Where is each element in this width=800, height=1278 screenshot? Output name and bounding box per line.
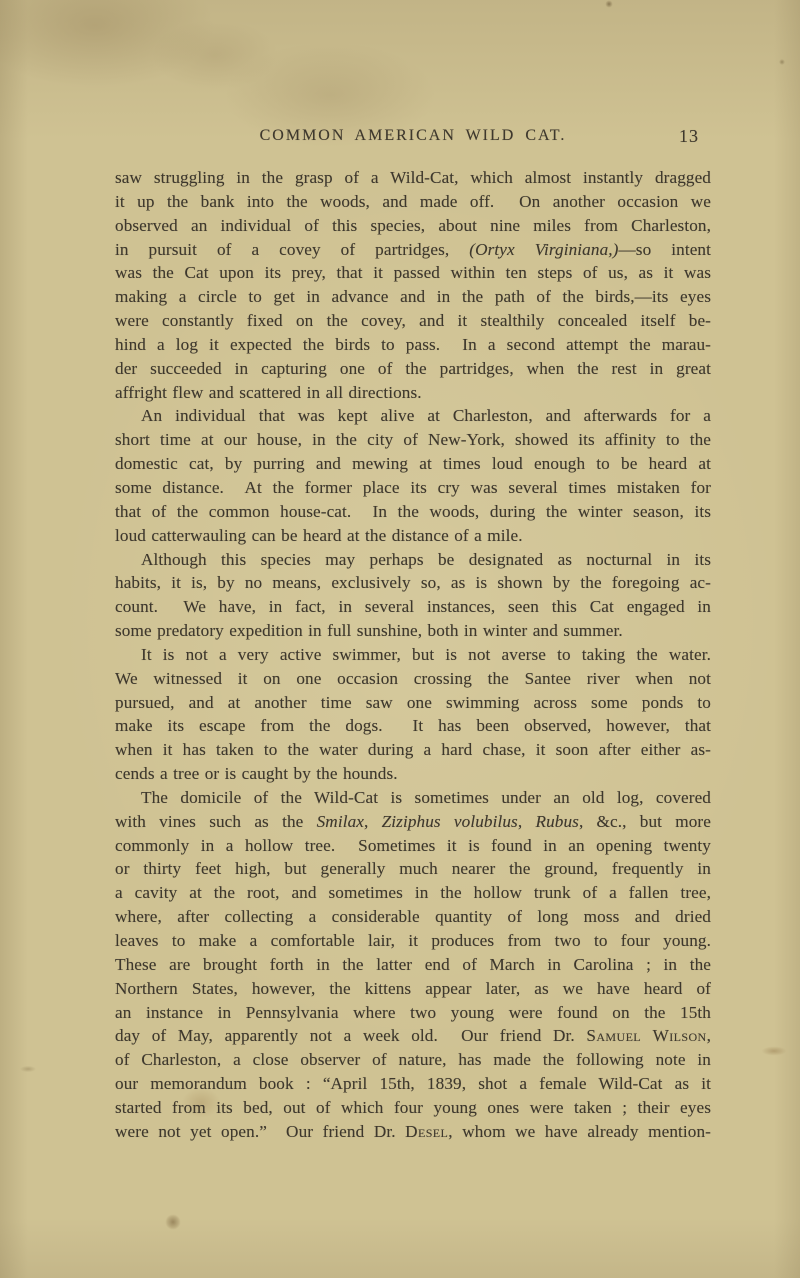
text-line: domestic cat, by purring and mewing at t… bbox=[115, 452, 711, 476]
paragraph: It is not a very active swimmer, but is … bbox=[115, 643, 711, 786]
text-line: were not yet open.” Our friend Dr. Desel… bbox=[115, 1120, 711, 1144]
text-line: Northern States, however, the kittens ap… bbox=[115, 977, 711, 1001]
text-line: Although this species may perhaps be des… bbox=[115, 548, 711, 572]
text-line: with vines such as the Smilax, Ziziphus … bbox=[115, 810, 711, 834]
text-line: habits, it is, by no means, exclusively … bbox=[115, 571, 711, 595]
small-caps-name: Samuel Wilson bbox=[586, 1026, 706, 1045]
paragraph: The domicile of the Wild-Cat is sometime… bbox=[115, 786, 711, 1144]
italic-text: Rubus bbox=[535, 812, 578, 831]
book-page: COMMON AMERICAN WILD CAT. 13 saw struggl… bbox=[0, 0, 800, 1278]
text-line: some distance. At the former place its c… bbox=[115, 476, 711, 500]
text-line: saw struggling in the grasp of a Wild-Ca… bbox=[115, 166, 711, 190]
text-line: day of May, apparently not a week old. O… bbox=[115, 1024, 711, 1048]
text-line: pursued, and at another time saw one swi… bbox=[115, 691, 711, 715]
text-line: some predatory expedition in full sunshi… bbox=[115, 619, 711, 643]
text-line: making a circle to get in advance and in… bbox=[115, 285, 711, 309]
text-line: count. We have, in fact, in several inst… bbox=[115, 595, 711, 619]
page-number: 13 bbox=[679, 126, 699, 147]
text-line: when it has taken to the water during a … bbox=[115, 738, 711, 762]
small-caps-name: Desel bbox=[405, 1122, 448, 1141]
text-line: It is not a very active swimmer, but is … bbox=[115, 643, 711, 667]
text-line: commonly in a hollow tree. Sometimes it … bbox=[115, 834, 711, 858]
text-line: make its escape from the dogs. It has be… bbox=[115, 714, 711, 738]
text-line: We witnessed it on one occasion crossing… bbox=[115, 667, 711, 691]
text-line: der succeeded in capturing one of the pa… bbox=[115, 357, 711, 381]
text-line: The domicile of the Wild-Cat is sometime… bbox=[115, 786, 711, 810]
text-line: hind a log it expected the birds to pass… bbox=[115, 333, 711, 357]
text-line: were constantly fixed on the covey, and … bbox=[115, 309, 711, 333]
text-line: of Charleston, a close observer of natur… bbox=[115, 1048, 711, 1072]
running-head: COMMON AMERICAN WILD CAT. bbox=[115, 127, 711, 145]
paragraph: An individual that was kept alive at Cha… bbox=[115, 404, 711, 547]
text-line: short time at our house, in the city of … bbox=[115, 428, 711, 452]
italic-text: (Ortyx Virginiana,) bbox=[469, 240, 618, 259]
text-line: it up the bank into the woods, and made … bbox=[115, 190, 711, 214]
text-line: where, after collecting a considerable q… bbox=[115, 905, 711, 929]
text-line: loud catterwauling can be heard at the d… bbox=[115, 524, 711, 548]
text-line: in pursuit of a covey of partridges, (Or… bbox=[115, 238, 711, 262]
text-line: a cavity at the root, and sometimes in t… bbox=[115, 881, 711, 905]
text-line: our memorandum book : “April 15th, 1839,… bbox=[115, 1072, 711, 1096]
text-line: These are brought forth in the latter en… bbox=[115, 953, 711, 977]
paragraph: saw struggling in the grasp of a Wild-Ca… bbox=[115, 166, 711, 404]
text-line: an instance in Pennsylvania where two yo… bbox=[115, 1001, 711, 1025]
text-line: started from its bed, out of which four … bbox=[115, 1096, 711, 1120]
italic-text: Smilax bbox=[317, 812, 364, 831]
text-line: An individual that was kept alive at Cha… bbox=[115, 404, 711, 428]
italic-text: Ziziphus volubilus bbox=[382, 812, 518, 831]
text-line: that of the common house-cat. In the woo… bbox=[115, 500, 711, 524]
body-text: saw struggling in the grasp of a Wild-Ca… bbox=[115, 166, 711, 1144]
text-line: observed an individual of this species, … bbox=[115, 214, 711, 238]
text-line: leaves to make a comfortable lair, it pr… bbox=[115, 929, 711, 953]
text-line: affright flew and scattered in all direc… bbox=[115, 381, 711, 405]
text-line: or thirty feet high, but generally much … bbox=[115, 857, 711, 881]
text-line: cends a tree or is caught by the hounds. bbox=[115, 762, 711, 786]
text-line: was the Cat upon its prey, that it passe… bbox=[115, 261, 711, 285]
paragraph: Although this species may perhaps be des… bbox=[115, 548, 711, 643]
